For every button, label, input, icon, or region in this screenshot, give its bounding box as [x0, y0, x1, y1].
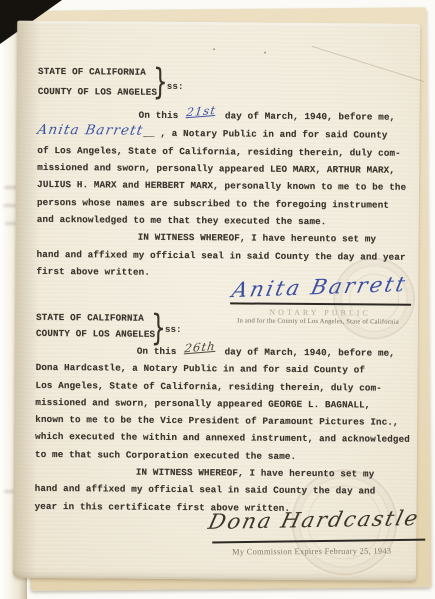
handwritten-notary-name: Anita Barrett	[36, 122, 145, 140]
body-line: , a Notary Public in and for said County	[155, 128, 388, 141]
venue-caption-2: STATE OF CALIFORNIA COUNTY OF LOS ANGELE…	[36, 310, 156, 343]
signature-dona-hardcastle: Dona Hardcastle	[206, 506, 422, 534]
venue-brace: }	[151, 309, 166, 345]
acknowledgment-paragraph-1: On this 21st day of March, 1940, before …	[36, 106, 415, 283]
opening-post: day of March, 1940, before me,	[219, 110, 395, 122]
notary-public-letterpress: NOTARY PUBLIC	[228, 307, 412, 317]
venue-state: STATE OF CALIFORNIA	[38, 62, 157, 83]
body-line: to me that such Corporation executed the…	[35, 446, 413, 466]
paper-speck	[264, 52, 266, 54]
photo-stage: STATE OF CALIFORNIA COUNTY OF LOS ANGELE…	[0, 0, 435, 599]
body-line: and acknowledged to me that they execute…	[37, 211, 415, 231]
acknowledgment-paragraph-2: On this 26th day of March, 1940, before …	[34, 342, 413, 518]
handwritten-date-21st: 21st	[186, 105, 217, 118]
document-page: STATE OF CALIFORNIA COUNTY OF LOS ANGELE…	[13, 21, 420, 581]
paper-speck	[213, 48, 215, 50]
blank-underscore: __	[143, 128, 154, 139]
venue-ss: ss:	[165, 325, 182, 334]
venue-county: COUNTY OF LOS ANGELES	[36, 326, 155, 343]
opening-post: day of March, 1940, before me,	[219, 346, 395, 358]
handwritten-date-26th: 26th	[184, 341, 217, 354]
opening-pre: On this	[137, 346, 183, 357]
venue-brace: }	[153, 63, 168, 99]
venue-ss: ss:	[167, 82, 184, 91]
venue-caption-1: STATE OF CALIFORNIA COUNTY OF LOS ANGELE…	[38, 62, 158, 103]
opening-pre: On this	[139, 110, 185, 121]
commission-expiry-stamp: My Commission Expires February 25, 1943	[232, 547, 391, 557]
venue-county: COUNTY OF LOS ANGELES	[38, 82, 157, 103]
venue-state: STATE OF CALIFORNIA	[36, 310, 155, 327]
